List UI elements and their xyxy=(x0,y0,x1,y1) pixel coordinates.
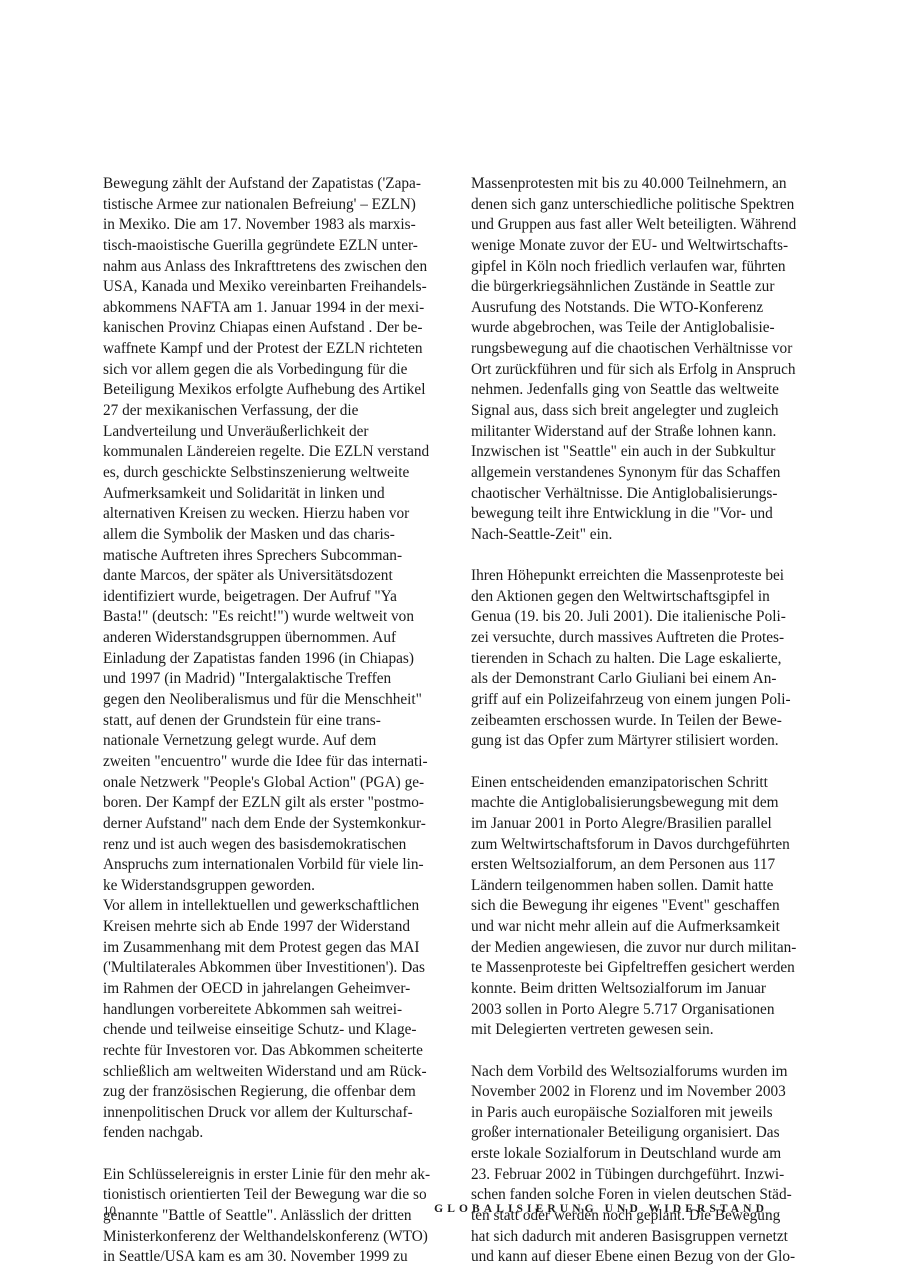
text-line: als der Demonstrant Carlo Giuliani bei e… xyxy=(471,669,807,690)
text-line: Einladung der Zapatistas fanden 1996 (in… xyxy=(103,649,439,670)
text-line: 2003 sollen in Porto Alegre 5.717 Organi… xyxy=(471,1000,807,1021)
text-line: kanischen Provinz Chiapas einen Aufstand… xyxy=(103,318,439,339)
text-line: gipfel in Köln noch friedlich verlaufen … xyxy=(471,257,807,278)
text-line: im Zusammenhang mit dem Protest gegen da… xyxy=(103,938,439,959)
text-line: Ihren Höhepunkt erreichten die Massenpro… xyxy=(471,566,807,587)
text-line: zug der französischen Regierung, die off… xyxy=(103,1082,439,1103)
text-line: tionistisch orientierten Teil der Bewegu… xyxy=(103,1185,439,1206)
document-page: Bewegung zählt der Aufstand der Zapatist… xyxy=(0,0,900,1273)
text-line: kommunalen Ländereien regelte. Die EZLN … xyxy=(103,442,439,463)
text-line: Ausrufung des Notstands. Die WTO-Konfere… xyxy=(471,298,807,319)
text-line: renz und ist auch wegen des basisdemokra… xyxy=(103,835,439,856)
text-line: gegen den Neoliberalismus und für die Me… xyxy=(103,690,439,711)
text-line: griff auf ein Polizeifahrzeug von einem … xyxy=(471,690,807,711)
text-line: Einen entscheidenden emanzipatorischen S… xyxy=(471,773,807,794)
text-line: nahm aus Anlass des Inkrafttretens des z… xyxy=(103,257,439,278)
text-line: hat sich dadurch mit anderen Basisgruppe… xyxy=(471,1227,807,1248)
text-line: zum Weltwirtschaftsforum in Davos durchg… xyxy=(471,835,807,856)
text-line: statt, auf denen der Grundstein für eine… xyxy=(103,711,439,732)
text-line: matische Auftreten ihres Sprechers Subco… xyxy=(103,546,439,567)
text-line: derner Aufstand" nach dem Ende der Syste… xyxy=(103,814,439,835)
text-line: machte die Antiglobalisierungsbewegung m… xyxy=(471,793,807,814)
paragraph-genua: Ihren Höhepunkt erreichten die Massenpro… xyxy=(471,566,807,752)
text-line: abkommens NAFTA am 1. Januar 1994 in der… xyxy=(103,298,439,319)
text-line: onale Netzwerk "People's Global Action" … xyxy=(103,773,439,794)
text-line: fenden nachgab. xyxy=(103,1123,439,1144)
paragraph-mai: Vor allem in intellektuellen und gewerks… xyxy=(103,896,439,1144)
text-line: Beteiligung Mexikos erfolgte Aufhebung d… xyxy=(103,380,439,401)
paragraph-gap xyxy=(471,546,807,567)
text-line: allem die Symbolik der Masken und das ch… xyxy=(103,525,439,546)
text-line: Genua (19. bis 20. Juli 2001). Die itali… xyxy=(471,607,807,628)
text-line: handlungen vorbereitete Abkommen sah wei… xyxy=(103,1000,439,1021)
text-line: ('Multilaterales Abkommen über Investiti… xyxy=(103,958,439,979)
text-line: nehmen. Jedenfalls ging von Seattle das … xyxy=(471,380,807,401)
text-line: es, durch geschickte Selbstinszenierung … xyxy=(103,463,439,484)
text-line: sich die Bewegung ihr eigenes "Event" ge… xyxy=(471,896,807,917)
text-line: te Massenproteste bei Gipfeltreffen gesi… xyxy=(471,958,807,979)
text-line: mit Delegierten vertreten gewesen sein. xyxy=(471,1020,807,1041)
text-line: bewegung teilt ihre Entwicklung in die "… xyxy=(471,504,807,525)
text-line: anderen Widerstandsgruppen übernommen. A… xyxy=(103,628,439,649)
running-title: GLOBALISIERUNG UND WIDERSTAND xyxy=(434,1203,768,1215)
text-line: wenige Monate zuvor der EU- und Weltwirt… xyxy=(471,236,807,257)
text-line: Ort zurückführen und für sich als Erfolg… xyxy=(471,360,807,381)
text-line: großer internationaler Beteiligung organ… xyxy=(471,1123,807,1144)
text-line: chaotischer Verhältnisse. Die Antiglobal… xyxy=(471,484,807,505)
paragraph-gap xyxy=(471,1041,807,1062)
text-line: genannte "Battle of Seattle". Anlässlich… xyxy=(103,1206,439,1227)
text-line: in Seattle/USA kam es am 30. November 19… xyxy=(103,1247,439,1268)
text-line: denen sich ganz unterschiedliche politis… xyxy=(471,195,807,216)
text-line: Ministerkonferenz der Welthandelskonfere… xyxy=(103,1227,439,1248)
text-line: rechte für Investoren vor. Das Abkommen … xyxy=(103,1041,439,1062)
text-line: 23. Februar 2002 in Tübingen durchgeführ… xyxy=(471,1165,807,1186)
text-line: Anspruchs zum internationalen Vorbild fü… xyxy=(103,855,439,876)
text-line: nationale Vernetzung gelegt wurde. Auf d… xyxy=(103,731,439,752)
text-line: dante Marcos, der später als Universität… xyxy=(103,566,439,587)
text-line: in Mexiko. Die am 17. November 1983 als … xyxy=(103,215,439,236)
text-line: den Aktionen gegen den Weltwirtschaftsgi… xyxy=(471,587,807,608)
text-line: und Gruppen aus fast aller Welt beteilig… xyxy=(471,215,807,236)
text-line: der Medien angewiesen, die zuvor nur dur… xyxy=(471,938,807,959)
text-line: identifiziert wurde, beigetragen. Der Au… xyxy=(103,587,439,608)
right-column: Massenprotesten mit bis zu 40.000 Teilne… xyxy=(471,174,807,1268)
text-line: chende und teilweise einseitige Schutz- … xyxy=(103,1020,439,1041)
page-number: 10 xyxy=(103,1203,116,1219)
text-line: Nach dem Vorbild des Weltsozialforums wu… xyxy=(471,1062,807,1083)
paragraph-seattle-continued: Massenprotesten mit bis zu 40.000 Teilne… xyxy=(471,174,807,546)
text-line: 27 der mexikanischen Verfassung, der die xyxy=(103,401,439,422)
paragraph-gap xyxy=(103,1144,439,1165)
text-line: Vor allem in intellektuellen und gewerks… xyxy=(103,896,439,917)
text-line: im Rahmen der OECD in jahrelangen Geheim… xyxy=(103,979,439,1000)
text-line: Aufmerksamkeit und Solidarität in linken… xyxy=(103,484,439,505)
text-line: zweiten "encuentro" wurde die Idee für d… xyxy=(103,752,439,773)
text-line: konnte. Beim dritten Weltsozialforum im … xyxy=(471,979,807,1000)
text-line: rungsbewegung auf die chaotischen Verhäl… xyxy=(471,339,807,360)
left-column: Bewegung zählt der Aufstand der Zapatist… xyxy=(103,174,439,1268)
text-line: Landverteilung und Unveräußerlichkeit de… xyxy=(103,422,439,443)
text-line: boren. Der Kampf der EZLN gilt als erste… xyxy=(103,793,439,814)
text-line: zei versuchte, durch massives Auftreten … xyxy=(471,628,807,649)
text-line: waffnete Kampf und der Protest der EZLN … xyxy=(103,339,439,360)
text-line: Ländern teilgenommen haben sollen. Damit… xyxy=(471,876,807,897)
paragraph-ezln: Bewegung zählt der Aufstand der Zapatist… xyxy=(103,174,439,896)
text-line: tistische Armee zur nationalen Befreiung… xyxy=(103,195,439,216)
paragraph-gap xyxy=(471,752,807,773)
text-line: Ein Schlüsselereignis in erster Linie fü… xyxy=(103,1165,439,1186)
paragraph-sozialforen: Nach dem Vorbild des Weltsozialforums wu… xyxy=(471,1062,807,1268)
text-line: USA, Kanada und Mexiko vereinbarten Frei… xyxy=(103,277,439,298)
text-line: alternativen Kreisen zu wecken. Hierzu h… xyxy=(103,504,439,525)
text-line: Basta!" (deutsch: "Es reicht!") wurde we… xyxy=(103,607,439,628)
text-line: innenpolitischen Druck vor allem der Kul… xyxy=(103,1103,439,1124)
text-line: Nach-Seattle-Zeit" ein. xyxy=(471,525,807,546)
text-line: ersten Weltsozialforum, an dem Personen … xyxy=(471,855,807,876)
text-line: im Januar 2001 in Porto Alegre/Brasilien… xyxy=(471,814,807,835)
text-line: Signal aus, dass sich breit angelegter u… xyxy=(471,401,807,422)
text-line: tierenden in Schach zu halten. Die Lage … xyxy=(471,649,807,670)
text-line: ke Widerstandsgruppen geworden. xyxy=(103,876,439,897)
text-line: Inzwischen ist "Seattle" ein auch in der… xyxy=(471,442,807,463)
text-line: wurde abgebrochen, was Teile der Antiglo… xyxy=(471,318,807,339)
text-line: allgemein verstandenes Synonym für das S… xyxy=(471,463,807,484)
text-line: gung ist das Opfer zum Märtyrer stilisie… xyxy=(471,731,807,752)
paragraph-weltsozialforum: Einen entscheidenden emanzipatorischen S… xyxy=(471,773,807,1041)
text-line: Massenprotesten mit bis zu 40.000 Teilne… xyxy=(471,174,807,195)
text-line: und war nicht mehr allein auf die Aufmer… xyxy=(471,917,807,938)
text-line: in Paris auch europäische Sozialforen mi… xyxy=(471,1103,807,1124)
text-line: Kreisen mehrte sich ab Ende 1997 der Wid… xyxy=(103,917,439,938)
text-line: die bürgerkriegsähnlichen Zustände in Se… xyxy=(471,277,807,298)
text-line: sich vor allem gegen die als Vorbedingun… xyxy=(103,360,439,381)
text-line: erste lokale Sozialforum in Deutschland … xyxy=(471,1144,807,1165)
text-line: militanter Widerstand auf der Straße loh… xyxy=(471,422,807,443)
text-line: tisch-maoistische Guerilla gegründete EZ… xyxy=(103,236,439,257)
text-line: schließlich am weltweiten Widerstand und… xyxy=(103,1062,439,1083)
text-line: und 1997 (in Madrid) "Intergalaktische T… xyxy=(103,669,439,690)
text-line: November 2002 in Florenz und im November… xyxy=(471,1082,807,1103)
paragraph-seattle: Ein Schlüsselereignis in erster Linie fü… xyxy=(103,1165,439,1268)
text-line: und kann auf dieser Ebene einen Bezug vo… xyxy=(471,1247,807,1268)
text-line: zeibeamten erschossen wurde. In Teilen d… xyxy=(471,711,807,732)
text-line: Bewegung zählt der Aufstand der Zapatist… xyxy=(103,174,439,195)
